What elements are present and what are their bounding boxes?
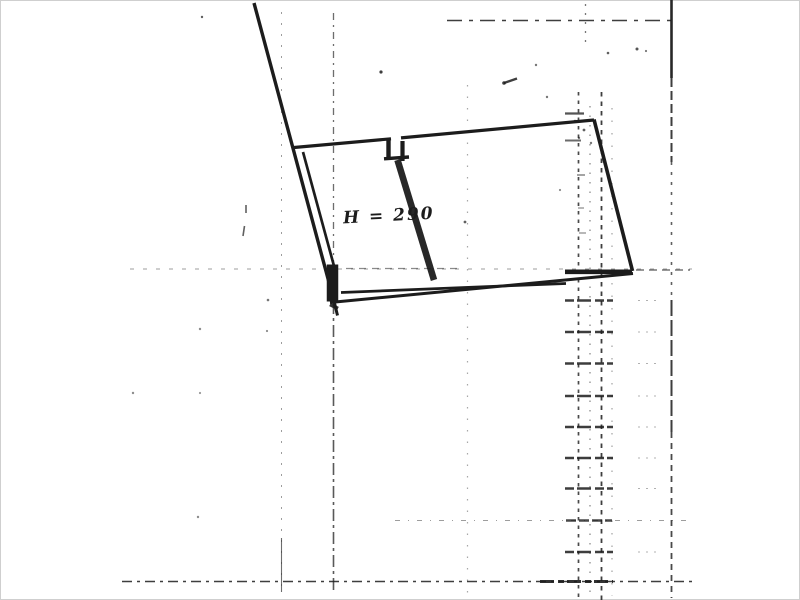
corner-dot	[574, 120, 577, 123]
pen-flick	[504, 79, 517, 84]
wall-top	[294, 139, 391, 148]
pen-flick	[502, 81, 506, 85]
ink-speck	[199, 328, 201, 330]
tick-mark	[243, 226, 245, 236]
grid-lines	[122, 0, 696, 598]
corner-dot	[590, 142, 592, 144]
wall-top	[401, 120, 594, 138]
door-threshold	[384, 157, 409, 159]
ink-speck	[379, 70, 382, 73]
ink-specks	[132, 16, 647, 518]
ink-speck	[607, 52, 610, 55]
scanned-floor-plan-page: H = 290	[0, 0, 800, 600]
ink-speck	[197, 516, 199, 518]
corner-dot	[595, 126, 597, 128]
ink-speck	[266, 330, 268, 332]
door-opening	[384, 139, 409, 161]
wall-left-outer	[254, 3, 334, 301]
ink-speck	[559, 189, 561, 191]
plan-drawing-canvas	[0, 0, 800, 600]
ink-speck	[267, 299, 270, 302]
ink-speck	[535, 64, 537, 66]
ink-speck	[546, 96, 548, 98]
corner-dot	[583, 129, 586, 132]
wall-hook	[330, 305, 338, 309]
ink-speck	[199, 392, 201, 394]
ink-speck	[132, 392, 134, 394]
corner-dot	[578, 137, 580, 139]
ink-speck	[636, 48, 639, 51]
wall-right	[594, 120, 633, 272]
stair-band	[540, 4, 662, 600]
ink-speck	[201, 16, 203, 18]
ink-speck	[464, 221, 467, 224]
ink-speck	[645, 50, 647, 52]
